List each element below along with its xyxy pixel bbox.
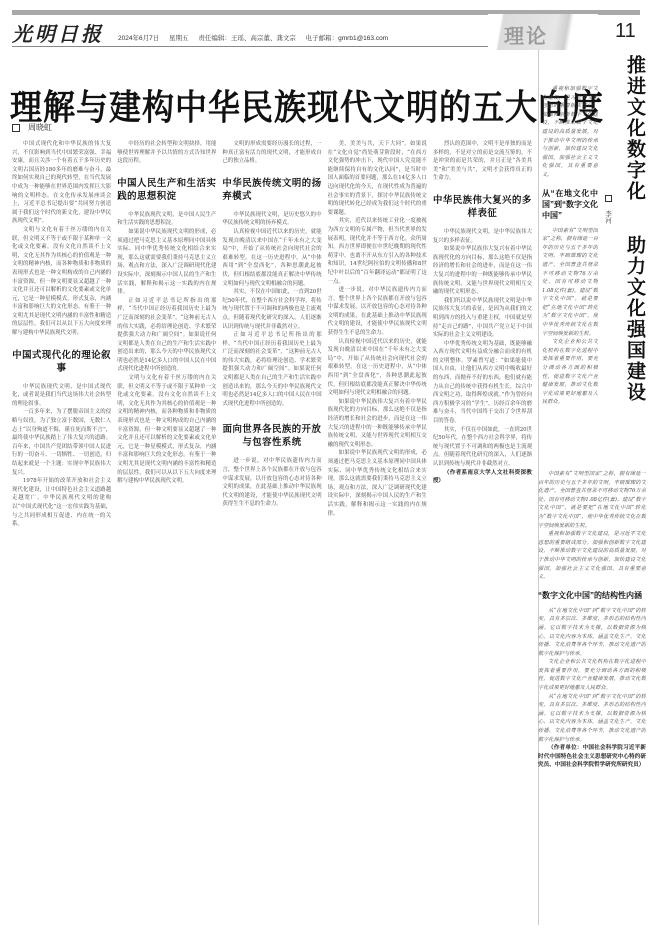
side-headline-line-1: 推进文化数字化 — [622, 55, 649, 202]
editor-email: 电子邮箱：gmrb1@163.com — [306, 35, 388, 42]
paragraph: 从“在地文化中国”到“数字文化中国”的转变，具有多层次、多维度、多形态的结构性内… — [538, 607, 646, 659]
paragraph: 其实，近代以来传统工业化一度被视为西方文明的专属产物，但当代世界的发展表明，现代… — [328, 217, 427, 286]
side-article: 推进文化数字化 李河 助力文化强国建设 重视和加强数字文化建设，是习近平文化思想… — [542, 140, 646, 925]
paragraph: 进一步说，对中华民族遗传内力而言，整个世界上各个民族都在开放与包容中谋求发展，以… — [222, 457, 321, 509]
side-byline: 李河 — [604, 195, 613, 223]
paragraph: 中国素有“文明型国家”之称，拥有绵延一百年的历史与五千多年的文明，丰硕璀璨的文化… — [542, 227, 598, 339]
section-heading-1: 中国式现代化的理论叙事 — [12, 348, 111, 374]
newspaper-logo: 光明日报 — [12, 22, 104, 46]
paragraph: 文明与文化有着千丝万缕的内在关联，但文明又不等于或不限于某种单一文化或文化要素。… — [12, 226, 111, 338]
byline-box-icon — [605, 195, 612, 202]
masthead: 光明日报 2024年6月7日 星期五 责任编辑：王瑶、高宗董、龚文宗 电子邮箱：… — [12, 18, 396, 46]
responsible-editors: 责任编辑：王瑶、高宗董、龚文宗 — [198, 35, 296, 42]
paragraph: 重视和加强数字文化建设，是习近平文化思想的重要组成部分。加强和创新数字文化建设，… — [538, 530, 646, 582]
section-label: 理论 — [504, 20, 548, 49]
byline-box-icon — [12, 124, 20, 132]
paragraph: 烈认的范围中，文明不是单独的而是多样的，不是对立的而是交流互鉴的，不是冲突的而是… — [433, 140, 532, 183]
main-article-body: 中国式现代化和中华民族的伟大复兴，不仅影响到当代中国繁荣富强、幸福安康，而且关涉… — [12, 140, 532, 925]
section-heading-5: 面向世界各民族的开放与包容性系统 — [222, 422, 321, 448]
paragraph: 文明与文化有着千丝万缕的内在关联，但文明又不等于或不限于某种单一文化或文化要素。… — [117, 374, 216, 486]
article-column-2: 中经历的社会转型和文明抉择，用能够使世界理解并予以共情的方式告知世界这段历程。 … — [117, 140, 216, 925]
article-column-4: 美，美美与共，天下大同”。如果说在“文化自觉”尚处萌芽阶段时，“在西方文化强势的… — [328, 140, 427, 925]
side-heading-2: “数字文化中国”的结构性内涵 — [538, 590, 646, 601]
paragraph: 中华民族现代文明，是中国人民生产和生活实践的思想积淀。 — [117, 211, 216, 228]
paragraph: 如果说中华民族现代文明的形成，必须通过把马克思主义基本原理同中国具体实际、同中华… — [328, 449, 427, 518]
paragraph: 文化企业和公共文化机构在数字化进程中发挥着重要作用，要充分调动各方面的积极性，促… — [542, 338, 598, 407]
paragraph: 如果说中华民族伟大复兴有着中华民族现代化的方向目标，那么这绝不仅是指经济的增长和… — [328, 398, 427, 450]
side-heading-1: 从“在地文化中国”到“数字文化中国” — [542, 188, 598, 221]
paragraph: 进一步说，对中华民族遗传内力而言，整个世界上各个民族都在开放与包容中谋求发展，以… — [328, 286, 427, 338]
main-author-note: （作者系南京大学人文社科资深教授） — [433, 469, 532, 486]
paragraph: 如果说中华民族伟大复兴有着中华民族现代化的方向目标，那么这绝不仅是指经济的增长和… — [433, 245, 532, 297]
side-author: 李河 — [604, 210, 612, 223]
paragraph: 认真检视中国近代以来的历史，就能发现自晚清以来中国在“千年未有之大变局”中，开始… — [222, 228, 321, 288]
article-column-3: 文明的形成需要经历漫长的过程，一种真正富有活力的现代文明，才能形成自己的独立品格… — [222, 140, 321, 925]
paragraph: 美，美美与共，天下大同”。如果说在“文化自觉”尚处萌芽阶段时，“在西方文化强势的… — [328, 140, 427, 217]
paragraph: 我们所以说中华民族现代文明是中华民族伟大复兴的表征，是因为从我们的文明到西方的投… — [433, 297, 532, 340]
section-heading-3: 中华民族传统文明的扬弃模式 — [222, 176, 321, 202]
page-number: 11 — [615, 20, 636, 43]
main-headline: 理解与建构中华民族现代文明的五大向度 — [10, 80, 604, 131]
section-heading-4: 中华民族伟大复兴的多样表征 — [433, 193, 532, 219]
main-byline: 周晓虹 — [12, 122, 52, 133]
paragraph: 认真检视中国近代以来的历史，就能发现自晚清以来中国在“千年未有之大变局”中，开始… — [328, 338, 427, 398]
issue-date: 2024年6月7日 — [118, 35, 159, 42]
masthead-meta: 2024年6月7日 星期五 责任编辑：王瑶、高宗董、龚文宗 电子邮箱：gmrb1… — [118, 33, 396, 42]
section-heading-2: 中国人民生产和生活实践的思想积淀 — [117, 176, 216, 202]
paragraph: 文明的形成需要经历漫长的过程，一种真正富有活力的现代文明，才能形成自己的独立品格… — [222, 140, 321, 166]
paragraph: 其实，不仅在中国如此，一直到20世纪50年代，在整个西方社会科学界，将传统与现代… — [433, 426, 532, 469]
paragraph: 如果说中华民族现代文明的形成，必须通过把马克思主义基本原理同中国具体实际、同中华… — [117, 228, 216, 297]
paragraph: 文化企业和公共文化机构在数字化进程中发挥着重要作用，要充分调动各方面的积极性，促… — [538, 658, 646, 692]
paragraph: 其实，不仅在中国如此，一直到20世纪50年代，在整个西方社会科学界，将传统与现代… — [222, 288, 321, 331]
issue-weekday: 星期五 — [169, 35, 189, 42]
article-column-5: 烈认的范围中，文明不是单独的而是多样的，不是对立的而是交流互鉴的，不是冲突的而是… — [433, 140, 532, 925]
paragraph: 中国素有“文明型国家”之称，拥有绵延一百年的历史与五千多年的文明，丰硕璀璨的文化… — [538, 470, 646, 530]
paragraph: 中国式现代化和中华民族的伟大复兴，不仅影响到当代中国繁荣富强、幸福安康，而且关涉… — [12, 140, 111, 226]
side-column-2: 中国素有“文明型国家”之称，拥有绵延一百年的历史与五千多年的文明，丰硕璀璨的文化… — [538, 470, 646, 925]
side-author-note: （作者单位：中国社会科学院习近平新时代中国特色社会主义思想研究中心特约研究员、中… — [538, 744, 646, 770]
paragraph: 1978年开始的改革开放和社会主义现代化建设，让中国特色社会主义道路越走越宽广。… — [12, 477, 111, 529]
main-author: 周晓虹 — [28, 122, 52, 133]
masthead-rule — [12, 46, 500, 47]
article-column-1: 中国式现代化和中华民族的伟大复兴，不仅影响到当代中国繁荣富强、幸福安康，而且关涉… — [12, 140, 111, 925]
paragraph: 从“在地文化中国”到“数字文化中国”的转变，具有多层次、多维度、多形态的结构性内… — [538, 693, 646, 745]
paragraph: 中华民族现代文明，是中华民族伟大复兴的多样表征。 — [433, 228, 532, 245]
paragraph: 正如习近平总书记所指出的那样，“当代中国正经历着我国历史上最为广泛而深刻的社会变… — [222, 331, 321, 408]
side-column-1: 重视和加强数字文化建设，是习近平文化思想的重要组成部分。加强和创新数字文化建设，… — [542, 85, 598, 465]
paragraph: 重视和加强数字文化建设，是习近平文化思想的重要组成部分。加强和创新数字文化建设，… — [542, 85, 598, 180]
paragraph: 中经历的社会转型和文明抉择，用能够使世界理解并予以共情的方式告知世界这段历程。 — [117, 140, 216, 166]
paragraph: 一百多年来，为了摆脱帝国主义的侵略与奴役，为了独立富于数国，无数仁人志士“以身殉… — [12, 408, 111, 477]
paragraph: 中华民族现代文明，是中国式现代化，或者说是我们当代这场伟大社会转型的理论叙事。 — [12, 383, 111, 409]
paragraph: 中华民族现代文明，是历史悠久的中华民族传统文明的扬弃模式。 — [222, 211, 321, 228]
paragraph: 正如习近平总书记所指出的那样，“当代中国正经历着我国历史上最为广泛而深刻的社会变… — [117, 297, 216, 374]
paragraph: 中华优秀传统文明为基础，既能够融入西方现代文明有益成分融合而成的有机的文明整体。… — [433, 340, 532, 426]
side-headline-line-2: 助力文化强国建设 — [622, 235, 649, 403]
